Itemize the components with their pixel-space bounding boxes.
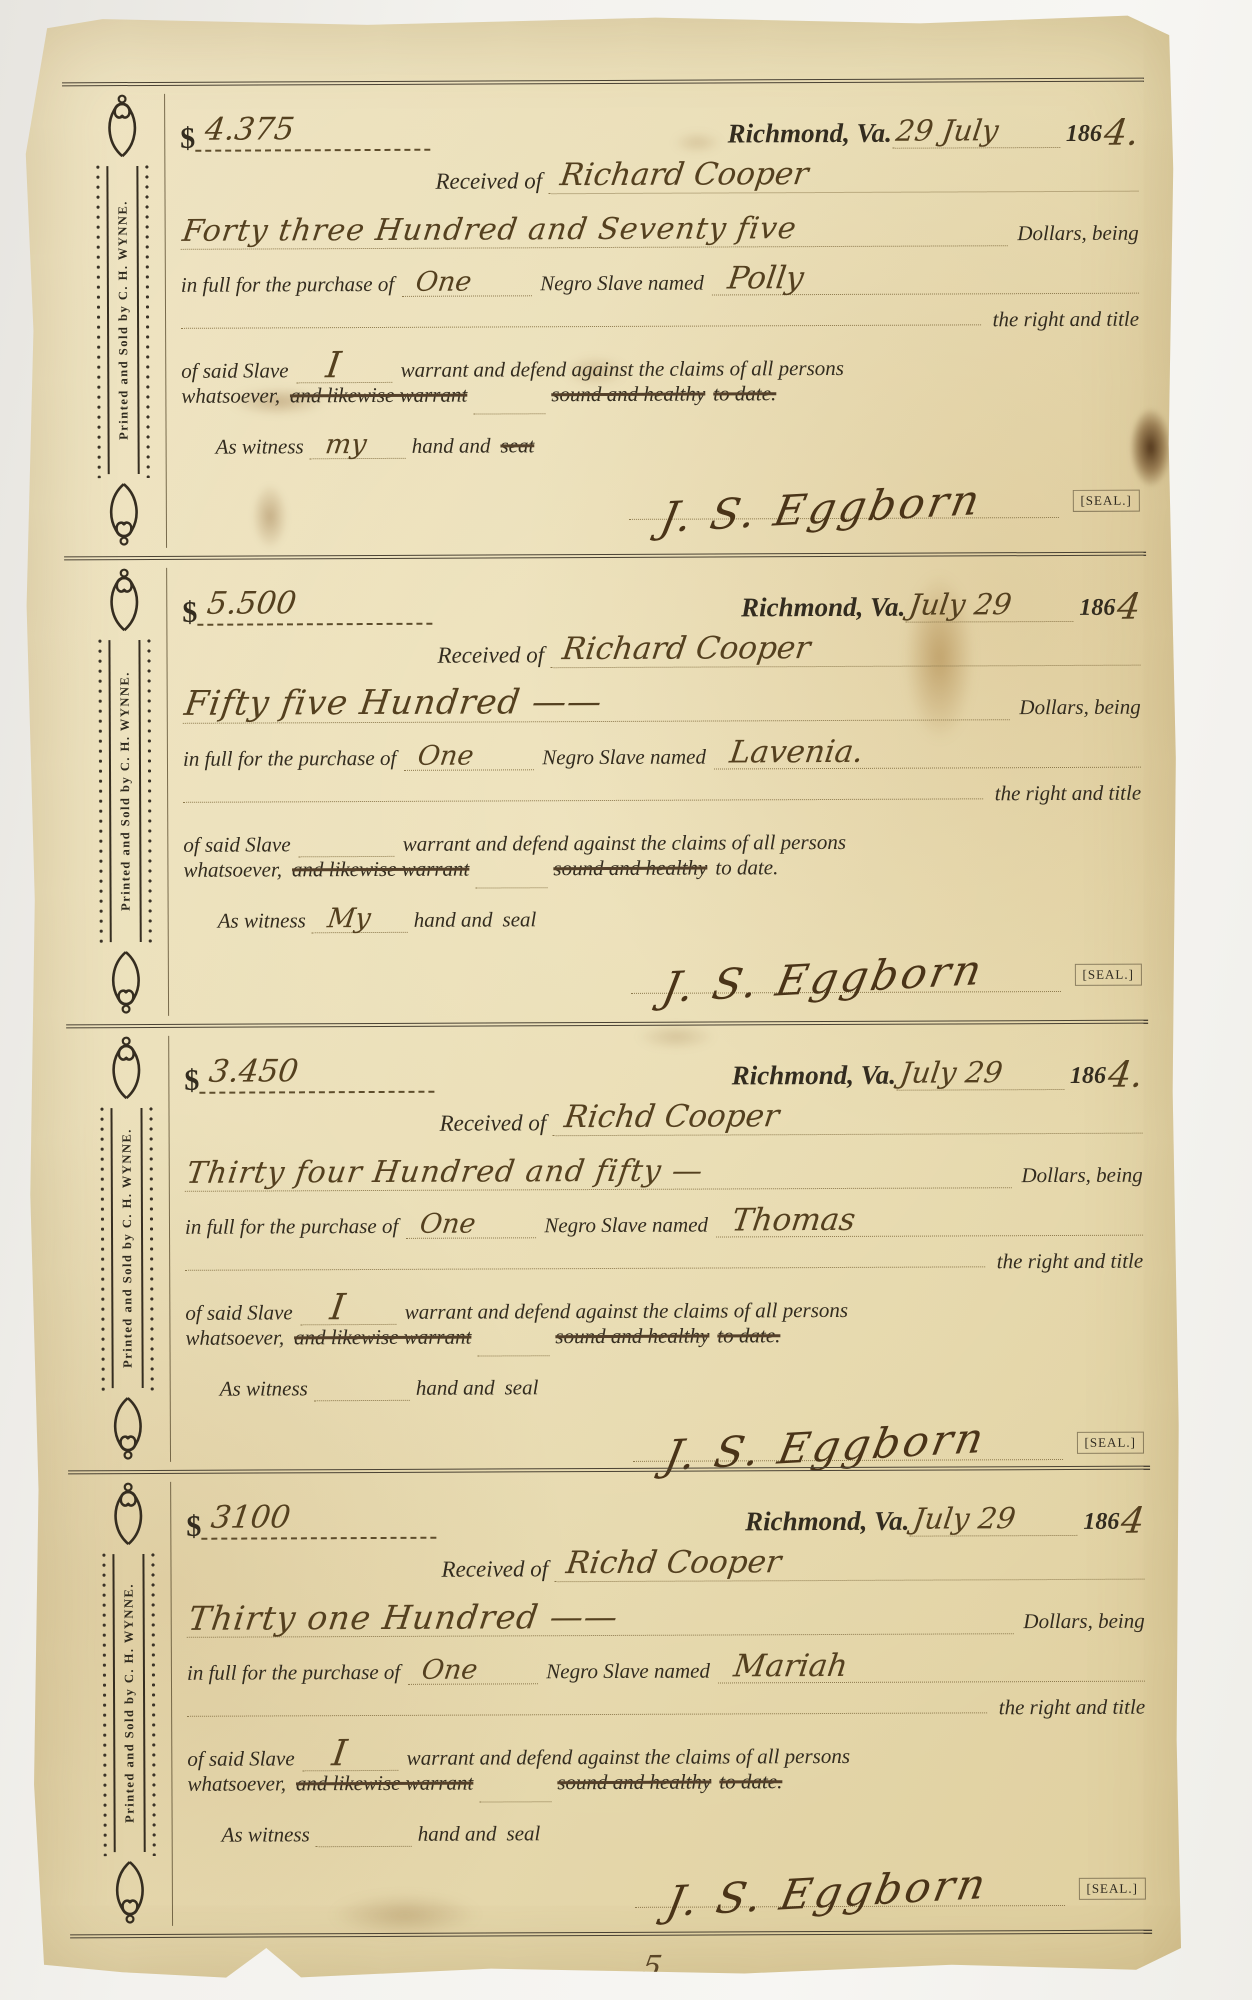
- blank-rule: [473, 412, 545, 414]
- quantity-handwritten: One: [414, 269, 473, 296]
- as-witness-label: As witness: [222, 1822, 310, 1847]
- printer-credit-band: Printed and Sold by C. H. WYNNE.: [110, 1108, 143, 1388]
- amount-field: 5.500: [197, 589, 432, 626]
- printer-credit-band: Printed and Sold by C. H. WYNNE.: [112, 1554, 145, 1852]
- dollar-sign: $: [186, 1513, 201, 1540]
- year-digit-handwritten: 4.: [1106, 1058, 1145, 1094]
- of-said-slave-label: of said Slave: [183, 832, 290, 857]
- warrant-blank-handwritten: I: [324, 348, 343, 384]
- amount-handwritten: 3.450: [207, 1056, 300, 1087]
- warrant-clause-label: warrant and defend against the claims of…: [407, 1744, 850, 1771]
- signature-line: J. S. Eggborn: [634, 1853, 1064, 1908]
- witness-blank-field: [314, 1372, 410, 1401]
- printer-credit: Printed and Sold by C. H. WYNNE.: [121, 1583, 137, 1823]
- dollars-being-label: Dollars, being: [1019, 695, 1140, 721]
- buyer-name: Richd Cooper: [562, 1101, 781, 1133]
- warrant-blank-field: [299, 822, 395, 857]
- date-handwritten: July 29: [907, 590, 1013, 619]
- scroll-flourish-icon: [102, 1034, 150, 1102]
- sound-healthy-text: sound and healthy: [553, 856, 707, 882]
- amount-field: 3100: [201, 1503, 436, 1540]
- warrant-clause-label: warrant and defend against the claims of…: [401, 356, 844, 383]
- warrant-clause-label: warrant and defend against the claims of…: [405, 1298, 848, 1325]
- likewise-warrant-text: and likewise warrant: [292, 857, 469, 883]
- negro-slave-named-label: Negro Slave named: [540, 271, 704, 297]
- border-chain: [144, 636, 154, 946]
- whatsoever-label: whatsoever,: [181, 383, 280, 408]
- witness-blank-handwritten: my: [324, 431, 369, 458]
- date-handwritten: 29 July: [894, 116, 1000, 145]
- buyer-name: Richard Cooper: [560, 633, 812, 665]
- year-printed: 186: [1079, 595, 1115, 622]
- whatsoever-label: whatsoever,: [183, 857, 282, 882]
- scroll-flourish-icon: [106, 1858, 154, 1926]
- blank-rule: [475, 886, 547, 888]
- as-witness-label: As witness: [216, 434, 304, 459]
- date-field: 29 July: [892, 113, 1060, 149]
- scanned-document-page: Printed and Sold by C. H. WYNNE. $ 4.375…: [0, 0, 1252, 2000]
- column-rule: [166, 568, 169, 1016]
- quantity-handwritten: One: [418, 1211, 477, 1238]
- date-field: July 29: [896, 1055, 1064, 1091]
- seal-word: seal: [504, 1375, 538, 1400]
- seal-word: seat: [500, 433, 534, 458]
- amount-words-field: Thirty one Hundred ——: [187, 1591, 1014, 1638]
- place-label: Richmond, Va.: [732, 1060, 896, 1092]
- dollar-sign: $: [180, 125, 195, 152]
- warrant-clause-label: warrant and defend against the claims of…: [403, 830, 846, 857]
- to-date-text: to date.: [715, 855, 778, 880]
- printer-ornament-border: Printed and Sold by C. H. WYNNE.: [90, 96, 156, 544]
- blank-rule: [479, 1800, 551, 1802]
- to-date-text: to date.: [719, 1769, 782, 1794]
- negro-slave-named-label: Negro Slave named: [546, 1659, 710, 1685]
- printer-credit-band: Printed and Sold by C. H. WYNNE.: [108, 640, 141, 942]
- witness-blank-field: My: [312, 904, 408, 933]
- date-handwritten: July 29: [898, 1058, 1004, 1087]
- seal-tag: [SEAL.]: [1074, 964, 1142, 986]
- year-printed: 186: [1066, 121, 1102, 148]
- receipt-2: Printed and Sold by C. H. WYNNE. $ 5.500…: [64, 552, 1148, 1025]
- witness-blank-handwritten: My: [326, 905, 373, 932]
- printer-ornament-border: Printed and Sold by C. H. WYNNE.: [96, 1484, 162, 1922]
- date-field: July 29: [905, 587, 1073, 623]
- of-said-slave-label: of said Slave: [181, 358, 288, 383]
- scroll-flourish-icon: [104, 1480, 152, 1548]
- place-label: Richmond, Va.: [745, 1506, 909, 1538]
- year-printed: 186: [1083, 1509, 1119, 1536]
- blank-rule: [183, 797, 983, 802]
- of-said-slave-label: of said Slave: [187, 1746, 294, 1771]
- person-name-field: Thomas: [716, 1201, 1143, 1238]
- seal-tag: [SEAL.]: [1076, 1432, 1144, 1454]
- signature-line: J. S. Eggborn: [630, 939, 1060, 994]
- date-handwritten: July 29: [911, 1504, 1017, 1533]
- signature-line: J. S. Eggborn: [632, 1407, 1062, 1462]
- amount-words-field: Thirty four Hundred and fifty —: [185, 1145, 1012, 1192]
- border-chain: [93, 162, 103, 478]
- quantity-field: One: [402, 265, 532, 297]
- amount-words-handwritten: Forty three Hundred and Seventy five: [181, 214, 799, 247]
- in-full-label: in full for the purchase of: [183, 746, 396, 772]
- amount-words-handwritten: Thirty four Hundred and fifty —: [185, 1157, 705, 1189]
- person-name-field: Mariah: [718, 1647, 1145, 1684]
- whatsoever-label: whatsoever,: [185, 1325, 284, 1350]
- border-chain: [148, 1550, 158, 1856]
- in-full-label: in full for the purchase of: [185, 1214, 398, 1240]
- warrant-blank-field: I: [296, 348, 392, 383]
- person-name-handwritten: Thomas: [730, 1205, 857, 1237]
- quantity-field: One: [408, 1653, 538, 1685]
- in-full-label: in full for the purchase of: [187, 1660, 400, 1686]
- person-name-field: Polly: [712, 259, 1139, 296]
- negro-slave-named-label: Negro Slave named: [542, 745, 706, 771]
- blank-rule: [477, 1354, 549, 1356]
- blank-rule: [181, 323, 981, 328]
- scroll-flourish-icon: [104, 1394, 152, 1462]
- sound-healthy-text: sound and healthy: [551, 382, 705, 408]
- printer-credit-band: Printed and Sold by C. H. WYNNE.: [106, 166, 139, 474]
- amount-words-field: Fifty five Hundred ——: [183, 677, 1010, 724]
- buyer-field: Richd Cooper: [552, 1097, 1143, 1137]
- year-digit-handwritten: 4.: [1101, 116, 1140, 152]
- border-chain: [142, 162, 152, 478]
- warrant-blank-handwritten: I: [330, 1736, 349, 1772]
- right-and-title-label: the right and title: [999, 1695, 1146, 1721]
- received-of-label: Received of: [441, 1556, 548, 1582]
- border-chain: [95, 636, 105, 946]
- scroll-flourish-icon: [98, 92, 146, 160]
- likewise-warrant-text: and likewise warrant: [294, 1325, 471, 1351]
- column-rule: [170, 1482, 173, 1926]
- quantity-field: One: [404, 739, 534, 771]
- to-date-text: to date.: [717, 1323, 780, 1348]
- person-name-handwritten: Lavenia.: [728, 737, 865, 769]
- likewise-warrant-text: and likewise warrant: [290, 383, 467, 409]
- place-label: Richmond, Va.: [741, 592, 905, 624]
- year-digit-handwritten: 4: [1115, 590, 1143, 626]
- as-witness-label: As witness: [218, 908, 306, 933]
- border-chain: [146, 1104, 156, 1392]
- signature-line: J. S. Eggborn: [628, 465, 1058, 520]
- of-said-slave-label: of said Slave: [185, 1300, 292, 1325]
- warrant-blank-field: I: [303, 1736, 399, 1771]
- seal-word: seal: [506, 1821, 540, 1846]
- in-full-label: in full for the purchase of: [181, 272, 394, 298]
- right-and-title-label: the right and title: [993, 307, 1140, 333]
- buyer-field: Richard Cooper: [548, 155, 1139, 195]
- person-name-field: Lavenia.: [714, 733, 1141, 770]
- date-field: July 29: [909, 1501, 1077, 1537]
- buyer-name: Richd Cooper: [564, 1547, 783, 1579]
- quantity-handwritten: One: [416, 743, 475, 770]
- signature-handwritten: J. S. Eggborn: [659, 949, 988, 1009]
- amount-words-field: Forty three Hundred and Seventy five: [181, 203, 1008, 250]
- person-name-handwritten: Polly: [726, 263, 806, 294]
- to-date-text: to date.: [713, 381, 776, 406]
- amount-words-handwritten: Fifty five Hundred ——: [182, 685, 604, 721]
- witness-blank-field: my: [310, 430, 406, 459]
- printer-ornament-border: Printed and Sold by C. H. WYNNE.: [94, 1038, 160, 1458]
- buyer-field: Richd Cooper: [554, 1543, 1145, 1583]
- hand-and-label: hand and: [418, 1821, 497, 1846]
- paper-sheet: Printed and Sold by C. H. WYNNE. $ 4.375…: [22, 11, 1183, 1980]
- seal-tag: [SEAL.]: [1078, 1878, 1146, 1900]
- person-name-handwritten: Mariah: [732, 1651, 850, 1683]
- negro-slave-named-label: Negro Slave named: [544, 1213, 708, 1239]
- blank-rule: [187, 1711, 987, 1716]
- blank-rule: [185, 1265, 985, 1270]
- quantity-field: One: [406, 1207, 536, 1239]
- as-witness-label: As witness: [220, 1376, 308, 1401]
- received-of-label: Received of: [437, 642, 544, 668]
- witness-blank-field: [316, 1818, 412, 1847]
- hand-and-label: hand and: [414, 907, 493, 932]
- year-digit-handwritten: 4: [1119, 1504, 1147, 1540]
- border-chain: [97, 1104, 107, 1392]
- receipt-1: Printed and Sold by C. H. WYNNE. $ 4.375…: [62, 78, 1146, 557]
- dollars-being-label: Dollars, being: [1021, 1163, 1142, 1189]
- border-chain: [99, 1550, 109, 1856]
- buyer-field: Richard Cooper: [550, 629, 1141, 669]
- bottom-mark-handwritten: 5: [639, 1950, 664, 1985]
- quantity-handwritten: One: [420, 1657, 479, 1684]
- sound-healthy-text: sound and healthy: [557, 1770, 711, 1796]
- received-of-label: Received of: [439, 1110, 546, 1136]
- warrant-blank-handwritten: I: [328, 1290, 347, 1326]
- amount-handwritten: 3100: [209, 1502, 292, 1533]
- likewise-warrant-text: and likewise warrant: [296, 1771, 473, 1797]
- amount-words-handwritten: Thirty one Hundred ——: [186, 1600, 620, 1635]
- printer-ornament-border: Printed and Sold by C. H. WYNNE.: [92, 570, 158, 1012]
- right-and-title-label: the right and title: [995, 781, 1142, 807]
- dollar-sign: $: [182, 599, 197, 626]
- seal-tag: [SEAL.]: [1072, 490, 1140, 512]
- amount-handwritten: 5.500: [205, 588, 298, 619]
- dollars-being-label: Dollars, being: [1023, 1609, 1144, 1635]
- right-and-title-label: the right and title: [997, 1249, 1144, 1275]
- scroll-flourish-icon: [100, 566, 148, 634]
- receipt-3: Printed and Sold by C. H. WYNNE. $ 3.450…: [66, 1020, 1150, 1471]
- dollars-being-label: Dollars, being: [1017, 221, 1138, 247]
- printer-credit: Printed and Sold by C. H. WYNNE.: [117, 671, 133, 911]
- buyer-name: Richard Cooper: [558, 159, 810, 191]
- signature-handwritten: J. S. Eggborn: [657, 479, 986, 539]
- year-printed: 186: [1070, 1063, 1106, 1090]
- amount-field: 4.375: [195, 115, 430, 152]
- scroll-flourish-icon: [100, 480, 148, 548]
- hand-and-label: hand and: [416, 1375, 495, 1400]
- amount-handwritten: 4.375: [203, 114, 296, 145]
- seal-word: seal: [502, 907, 536, 932]
- amount-field: 3.450: [199, 1057, 434, 1094]
- receipt-4: Printed and Sold by C. H. WYNNE. $ 3100 …: [68, 1466, 1152, 1935]
- column-rule: [168, 1036, 171, 1462]
- hand-and-label: hand and: [412, 433, 491, 458]
- printer-credit: Printed and Sold by C. H. WYNNE.: [119, 1128, 135, 1368]
- column-rule: [164, 94, 167, 548]
- received-of-label: Received of: [435, 168, 542, 194]
- dollar-sign: $: [184, 1067, 199, 1094]
- whatsoever-label: whatsoever,: [187, 1771, 286, 1796]
- sound-healthy-text: sound and healthy: [555, 1324, 709, 1350]
- printer-credit: Printed and Sold by C. H. WYNNE.: [115, 200, 131, 440]
- scroll-flourish-icon: [102, 948, 150, 1016]
- warrant-blank-field: I: [301, 1290, 397, 1325]
- place-label: Richmond, Va.: [728, 118, 892, 150]
- signature-handwritten: J. S. Eggborn: [663, 1863, 992, 1923]
